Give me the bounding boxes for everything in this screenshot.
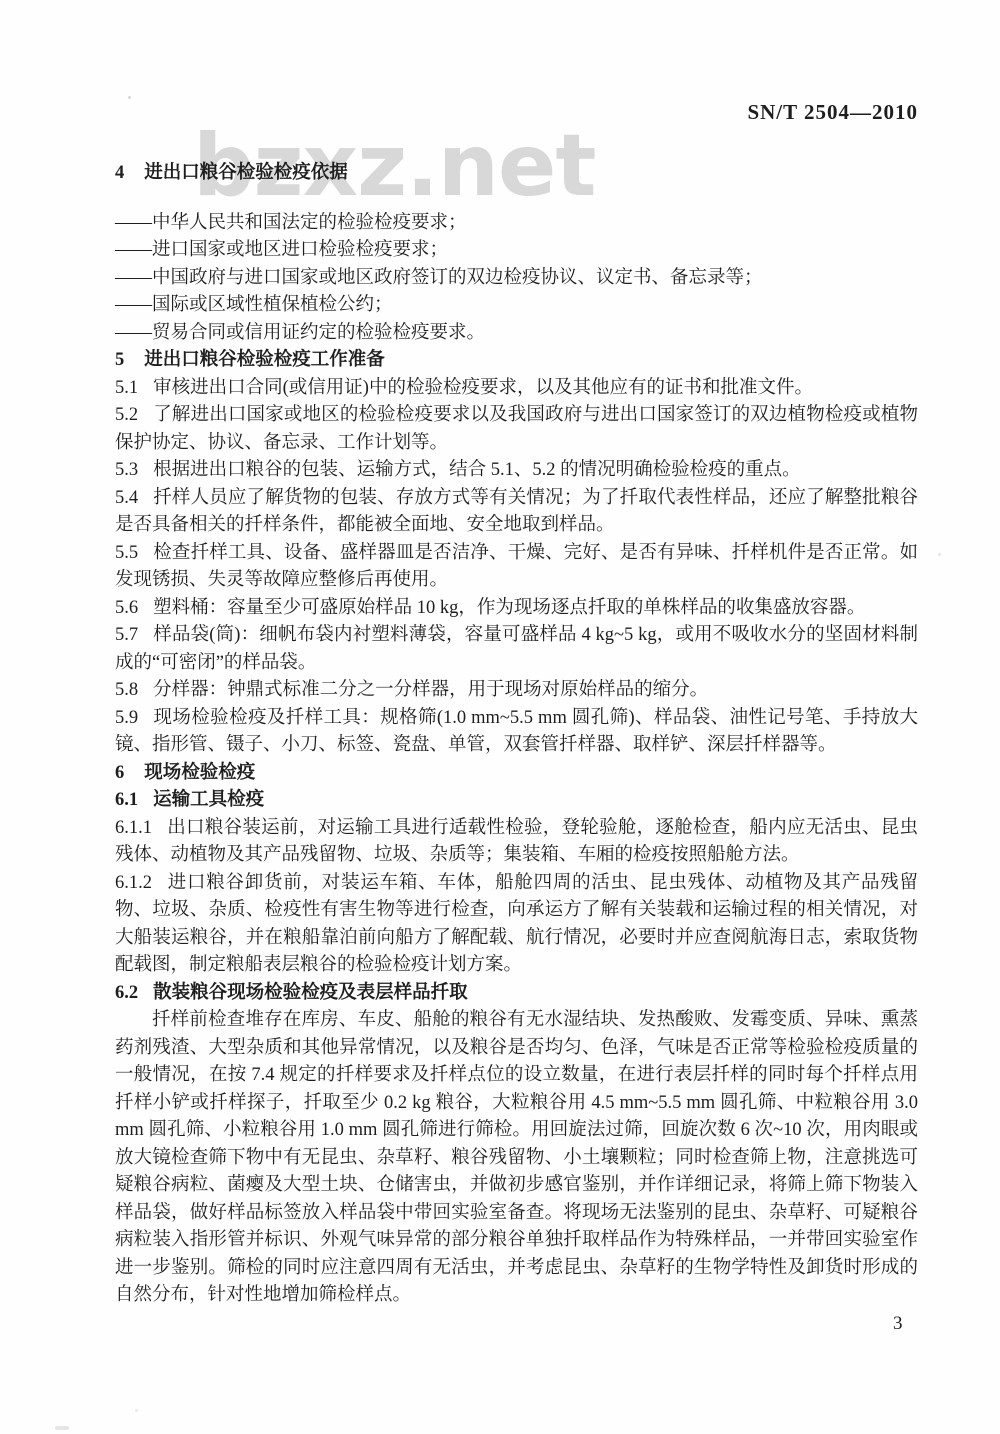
clause-5-3: 5.3根据进出口粮谷的包装、运输方式，结合 5.1、5.2 的情况明确检验检疫的… xyxy=(115,457,918,485)
section-6-2-paragraph: 扦样前检查堆存在库房、车皮、船舱的粮谷有无水湿结块、发热酸败、发霉变质、异味、熏… xyxy=(115,1007,918,1310)
clause-number: 5.5 xyxy=(115,543,138,563)
section-6-number: 6 xyxy=(115,763,124,783)
section-4-dash-list: ——中华人民共和国法定的检验检疫要求； ——进口国家或地区进口检验检疫要求； —… xyxy=(115,210,918,348)
clause-number: 5.3 xyxy=(115,460,138,480)
clause-text: 根据进出口粮谷的包装、运输方式，结合 5.1、5.2 的情况明确检验检疫的重点。 xyxy=(153,460,801,480)
clause-number: 5.8 xyxy=(115,680,138,700)
dash-list-item: ——国际或区域性植保植检公约； xyxy=(115,292,918,320)
clause-number: 5.1 xyxy=(115,378,138,398)
clause-5-9: 5.9现场检验检疫及扦样工具：规格筛(1.0 mm~5.5 mm 圆孔筛)、样品… xyxy=(115,705,918,760)
section-6-2-title: 散装粮谷现场检验检疫及表层样品扦取 xyxy=(153,983,468,1003)
clause-6-1-1: 6.1.1出口粮谷装运前，对运输工具进行适载性检验，登轮验舱，逐舱检查，船内应无… xyxy=(115,815,918,870)
section-6-1-number: 6.1 xyxy=(115,790,138,810)
section-6-1-heading: 6.1运输工具检疫 xyxy=(115,787,918,815)
clause-5-8: 5.8分样器：钟鼎式标准二分之一分样器，用于现场对原始样品的缩分。 xyxy=(115,677,918,705)
clause-text: 了解进出口国家或地区的检验检疫要求以及我国政府与进出口国家签订的双边植物检疫或植… xyxy=(115,405,918,453)
section-6-1-title: 运输工具检疫 xyxy=(153,790,264,810)
clause-number: 5.6 xyxy=(115,598,138,618)
section-6-2-heading: 6.2散装粮谷现场检验检疫及表层样品扦取 xyxy=(115,980,918,1008)
clause-number: 5.2 xyxy=(115,405,138,425)
standard-code: SN/T 2504—2010 xyxy=(747,100,918,125)
clause-text: 检查扦样工具、设备、盛样器皿是否洁净、干燥、完好、是否有异味、扦样机件是否正常。… xyxy=(115,543,918,591)
clause-number: 6.1.1 xyxy=(115,818,152,838)
clause-number: 5.9 xyxy=(115,708,138,728)
clause-text: 出口粮谷装运前，对运输工具进行适载性检验，登轮验舱，逐舱检查，船内应无活虫、昆虫… xyxy=(115,818,918,866)
clause-text: 分样器：钟鼎式标准二分之一分样器，用于现场对原始样品的缩分。 xyxy=(153,680,708,700)
dash-list-item: ——中国政府与进口国家或地区政府签订的双边检疫协议、议定书、备忘录等； xyxy=(115,265,918,293)
section-4-heading: 4进出口粮谷检验检疫依据 xyxy=(115,160,918,188)
section-5-number: 5 xyxy=(115,350,124,370)
clause-number: 5.4 xyxy=(115,488,138,508)
clause-5-5: 5.5检查扦样工具、设备、盛样器皿是否洁净、干燥、完好、是否有异味、扦样机件是否… xyxy=(115,540,918,595)
section-4-number: 4 xyxy=(115,163,124,183)
clause-text: 塑料桶：容量至少可盛原始样品 10 kg，作为现场逐点扦取的单株样品的收集盛放容… xyxy=(153,598,865,618)
clause-5-1: 5.1审核进出口合同(或信用证)中的检验检疫要求，以及其他应有的证书和批准文件。 xyxy=(115,375,918,403)
clause-text: 扦样人员应了解货物的包装、存放方式等有关情况；为了扦取代表性样品，还应了解整批粮… xyxy=(115,488,918,536)
clause-text: 样品袋(筒)：细帆布袋内衬塑料薄袋，容量可盛样品 4 kg~5 kg，或用不吸收… xyxy=(115,625,918,673)
scan-artifact xyxy=(938,553,941,556)
clause-number: 5.7 xyxy=(115,625,138,645)
scan-artifact xyxy=(128,96,131,99)
clause-6-1-2: 6.1.2进口粮谷卸货前，对装运车箱、车体，船舱四周的活虫、昆虫残体、动植物及其… xyxy=(115,870,918,980)
document-page: bzxz.net SN/T 2504—2010 4进出口粮谷检验检疫依据 ——中… xyxy=(0,0,1000,1434)
scan-artifact xyxy=(55,1426,69,1430)
dash-list-item: ——进口国家或地区进口检验检疫要求； xyxy=(115,237,918,265)
page-number: 3 xyxy=(893,1313,903,1335)
clause-5-4: 5.4扦样人员应了解货物的包装、存放方式等有关情况；为了扦取代表性样品，还应了解… xyxy=(115,485,918,540)
clause-5-7: 5.7样品袋(筒)：细帆布袋内衬塑料薄袋，容量可盛样品 4 kg~5 kg，或用… xyxy=(115,622,918,677)
section-6-heading: 6现场检验检疫 xyxy=(115,760,918,788)
clause-text: 审核进出口合同(或信用证)中的检验检疫要求，以及其他应有的证书和批准文件。 xyxy=(153,378,813,398)
dash-list-item: ——中华人民共和国法定的检验检疫要求； xyxy=(115,210,918,238)
section-5-title: 进出口粮谷检验检疫工作准备 xyxy=(144,350,385,370)
scan-artifact xyxy=(135,1409,138,1412)
clause-text: 进口粮谷卸货前，对装运车箱、车体，船舱四周的活虫、昆虫残体、动植物及其产品残留物… xyxy=(115,873,918,976)
dash-list-item: ——贸易合同或信用证约定的检验检疫要求。 xyxy=(115,320,918,348)
section-4-title: 进出口粮谷检验检疫依据 xyxy=(144,163,348,183)
clause-number: 6.1.2 xyxy=(115,873,152,893)
section-6-2-number: 6.2 xyxy=(115,983,138,1003)
clause-text: 现场检验检疫及扦样工具：规格筛(1.0 mm~5.5 mm 圆孔筛)、样品袋、油… xyxy=(115,708,918,756)
page-content: 4进出口粮谷检验检疫依据 ——中华人民共和国法定的检验检疫要求； ——进口国家或… xyxy=(115,160,918,1310)
section-6-title: 现场检验检疫 xyxy=(144,763,255,783)
section-5-heading: 5进出口粮谷检验检疫工作准备 xyxy=(115,347,918,375)
clause-5-2: 5.2了解进出口国家或地区的检验检疫要求以及我国政府与进出口国家签订的双边植物检… xyxy=(115,402,918,457)
clause-5-6: 5.6塑料桶：容量至少可盛原始样品 10 kg，作为现场逐点扦取的单株样品的收集… xyxy=(115,595,918,623)
